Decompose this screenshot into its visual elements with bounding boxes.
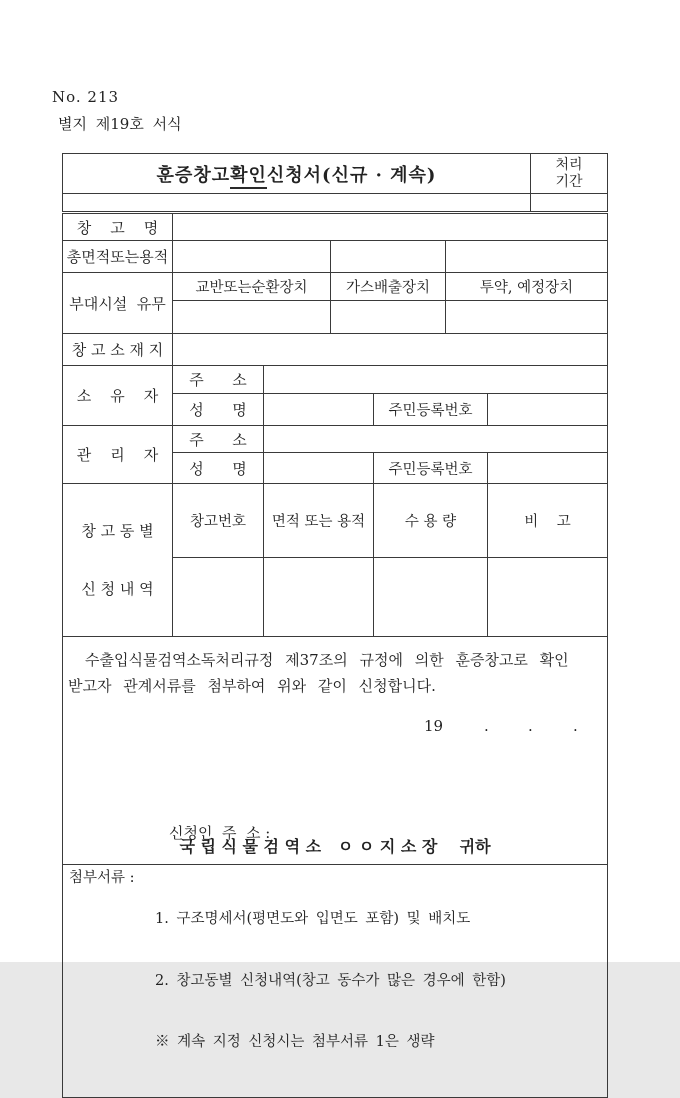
attachment-item-2: 2. 창고동별 신청내역(창고 동수가 많은 경우에 한함)	[155, 971, 601, 992]
location-label: 창 고 소 재 지	[63, 334, 173, 366]
per-building-value-capacity	[374, 558, 488, 637]
total-area-value-3	[446, 241, 608, 273]
processing-period-label: 처리 기간	[531, 154, 608, 194]
owner-resident-id-label: 주민등록번호	[374, 394, 488, 426]
manager-label: 관 리 자	[63, 426, 173, 484]
owner-address-value	[264, 366, 608, 394]
total-area-value-1	[173, 241, 331, 273]
facilities-col-gas-exhaust: 가스배출장치	[331, 273, 446, 301]
date-year: 19	[424, 717, 443, 735]
facilities-value-1	[173, 301, 331, 334]
recipient-line: 국 립 식 물 검 역 소 ㅇ ㅇ 지 소 장 귀하	[63, 834, 607, 857]
date-dot-day: .	[573, 717, 578, 735]
manager-name-label: 성 명	[173, 453, 264, 484]
form-id-label: 별지 제19호 서식	[58, 113, 182, 134]
per-building-col-area: 면적 또는 용적	[264, 484, 374, 558]
title-table: 훈증창고확인신청서(신규 · 계속) 처리 기간	[62, 153, 608, 212]
attachment-item-1: 1. 구조명세서(평면도와 입면도 포함) 및 배치도	[155, 909, 601, 930]
document-number: No. 213	[52, 88, 119, 106]
attachment-item-3: ※ 계속 지정 신청시는 첨부서류 1은 생략	[155, 1032, 601, 1053]
per-building-value-area	[264, 558, 374, 637]
owner-name-label: 성 명	[173, 394, 264, 426]
date-dot-year: .	[484, 717, 489, 735]
declaration-text: 수출입식물검역소독처리규정 제37조의 규정에 의한 훈증창고로 확인 받고자 …	[68, 647, 602, 699]
per-building-label: 창 고 동 별 신 청 내 역	[63, 484, 173, 637]
facilities-col-agitation: 교반또는순환장치	[173, 273, 331, 301]
per-building-value-warehouse-no	[173, 558, 264, 637]
total-area-label: 총면적또는용적	[63, 241, 173, 273]
manager-address-value	[264, 426, 608, 453]
warehouse-name-value	[173, 214, 608, 241]
total-area-value-2	[331, 241, 446, 273]
per-building-col-warehouse-no: 창고번호	[173, 484, 264, 558]
form-title-underlined: 확인	[230, 165, 267, 189]
manager-name-value	[264, 453, 374, 484]
warehouse-name-label: 창 고 명	[63, 214, 173, 241]
owner-label: 소 유 자	[63, 366, 173, 426]
attachments-section: 첨부서류 : 1. 구조명세서(평면도와 입면도 포함) 및 배치도 2. 창고…	[69, 868, 601, 1094]
form-title-suffix: 신청서(신규 · 계속)	[267, 165, 437, 186]
owner-address-label: 주 소	[173, 366, 264, 394]
title-empty-cell	[63, 194, 531, 212]
facilities-value-2	[331, 301, 446, 334]
attachments-cell: 첨부서류 : 1. 구조명세서(평면도와 입면도 포함) 및 배치도 2. 창고…	[63, 865, 608, 1098]
facilities-value-3	[446, 301, 608, 334]
form-title-prefix: 훈증창고	[157, 165, 231, 186]
attachments-list: 1. 구조명세서(평면도와 입면도 포함) 및 배치도 2. 창고동별 신청내역…	[155, 868, 601, 1094]
owner-name-value	[264, 394, 374, 426]
per-building-col-remarks: 비 고	[488, 484, 608, 558]
facilities-col-dosing: 투약, 예정장치	[446, 273, 608, 301]
per-building-value-remarks	[488, 558, 608, 637]
facilities-label: 부대시설 유무	[63, 273, 173, 334]
date-line: 19 . . .	[63, 717, 607, 739]
main-form-table: 창 고 명 총면적또는용적 부대시설 유무 교반또는순환장치 가스배출장치 투약…	[62, 213, 608, 1098]
owner-resident-id-value	[488, 394, 608, 426]
manager-address-label: 주 소	[173, 426, 264, 453]
manager-resident-id-label: 주민등록번호	[374, 453, 488, 484]
location-value	[173, 334, 608, 366]
declaration-cell: 수출입식물검역소독처리규정 제37조의 규정에 의한 훈증창고로 확인 받고자 …	[63, 637, 608, 865]
scanned-form-page: No. 213 별지 제19호 서식 훈증창고확인신청서(신규 · 계속) 처리…	[0, 0, 680, 962]
date-dot-month: .	[528, 717, 533, 735]
manager-resident-id-value	[488, 453, 608, 484]
attachments-label: 첨부서류 :	[69, 868, 155, 1094]
per-building-col-capacity: 수 용 량	[374, 484, 488, 558]
form-title: 훈증창고확인신청서(신규 · 계속)	[63, 154, 531, 194]
processing-period-value	[531, 194, 608, 212]
